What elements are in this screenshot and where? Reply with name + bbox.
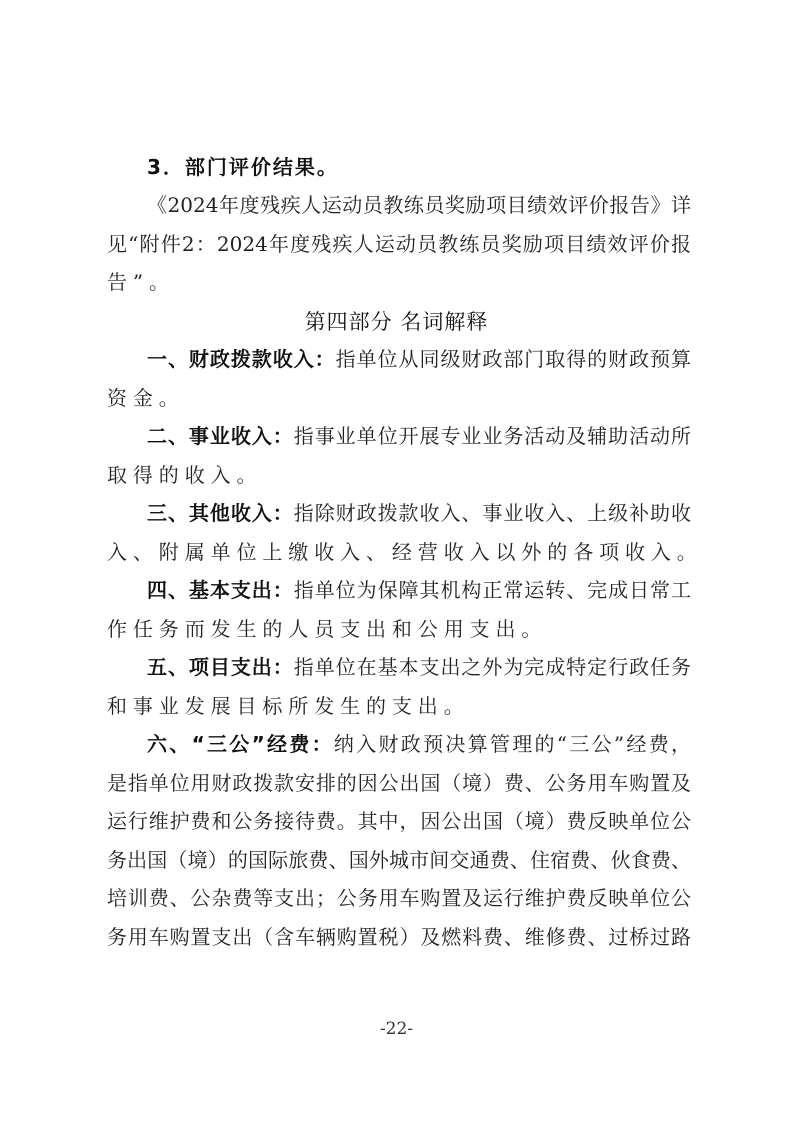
term-definition: 五、项目支出：指单位在基本支出之外为完成特定行政任务 xyxy=(147,653,691,681)
term-label: 六、“三公”经费： xyxy=(147,732,334,756)
term-text: 指除财政拨款收入、事业收入、上级补助收 xyxy=(294,501,691,525)
paragraph-line: 作任务而发生的人员支出和公用支出。 xyxy=(107,615,691,643)
paragraph-line: 是指单位用财政拨款安排的因公出国（境）费、公务用车购置及 xyxy=(107,769,691,797)
paragraph-line: 运行维护费和公务接待费。其中，因公出国（境）费反映单位公 xyxy=(107,807,691,835)
paragraph-line: 取得的收入。 xyxy=(107,461,691,489)
page-number: -22- xyxy=(0,1018,793,1040)
paragraph-line: 见“附件2：2024年度残疾人运动员教练员奖励项目绩效评价报 xyxy=(107,230,691,258)
paragraph-line: 资金。 xyxy=(107,384,691,412)
term-definition: 一、财政拨款收入：指单位从同级财政部门取得的财政预算 xyxy=(147,345,691,373)
term-definition: 四、基本支出：指单位为保障其机构正常运转、完成日常工 xyxy=(147,576,691,604)
document-page: 3．部门评价结果。 《2024年度残疾人运动员教练员奖励项目绩效评价报告》详 见… xyxy=(0,0,793,1122)
paragraph-line: 务出国（境）的国际旅费、国外城市间交通费、住宿费、伙食费、 xyxy=(107,846,691,874)
paragraph-line: 务用车购置支出（含车辆购置税）及燃料费、维修费、过桥过路 xyxy=(107,923,691,951)
term-label: 二、事业收入： xyxy=(147,424,294,448)
paragraph-line: 《2024年度残疾人运动员教练员奖励项目绩效评价报告》详 xyxy=(147,191,691,219)
paragraph-line: 告”。 xyxy=(107,268,691,296)
term-label: 五、项目支出： xyxy=(147,655,294,679)
term-label: 四、基本支出： xyxy=(147,578,294,602)
term-definition: 二、事业收入：指事业单位开展专业业务活动及辅助活动所 xyxy=(147,422,691,450)
section-title: 3．部门评价结果。 xyxy=(147,153,691,181)
term-label: 三、其他收入： xyxy=(147,501,294,525)
paragraph-line: 和事业发展目标所发生的支出。 xyxy=(107,692,691,720)
part-heading: 第四部分 名词解释 xyxy=(0,308,793,336)
term-definition: 六、“三公”经费：纳入财政预决算管理的“三公”经费， xyxy=(147,730,691,758)
term-text: 指单位从同级财政部门取得的财政预算 xyxy=(336,347,691,371)
term-text: 指事业单位开展专业业务活动及辅助活动所 xyxy=(294,424,691,448)
term-text: 指单位为保障其机构正常运转、完成日常工 xyxy=(294,578,691,602)
paragraph-line: 入、附属单位上缴收入、经营收入以外的各项收入。 xyxy=(107,538,691,566)
paragraph-line: 培训费、公杂费等支出；公务用车购置及运行维护费反映单位公 xyxy=(107,884,691,912)
term-text: 指单位在基本支出之外为完成特定行政任务 xyxy=(294,655,691,679)
term-text: 纳入财政预决算管理的“三公”经费， xyxy=(334,732,691,756)
term-definition: 三、其他收入：指除财政拨款收入、事业收入、上级补助收 xyxy=(147,499,691,527)
term-label: 一、财政拨款收入： xyxy=(147,347,336,371)
